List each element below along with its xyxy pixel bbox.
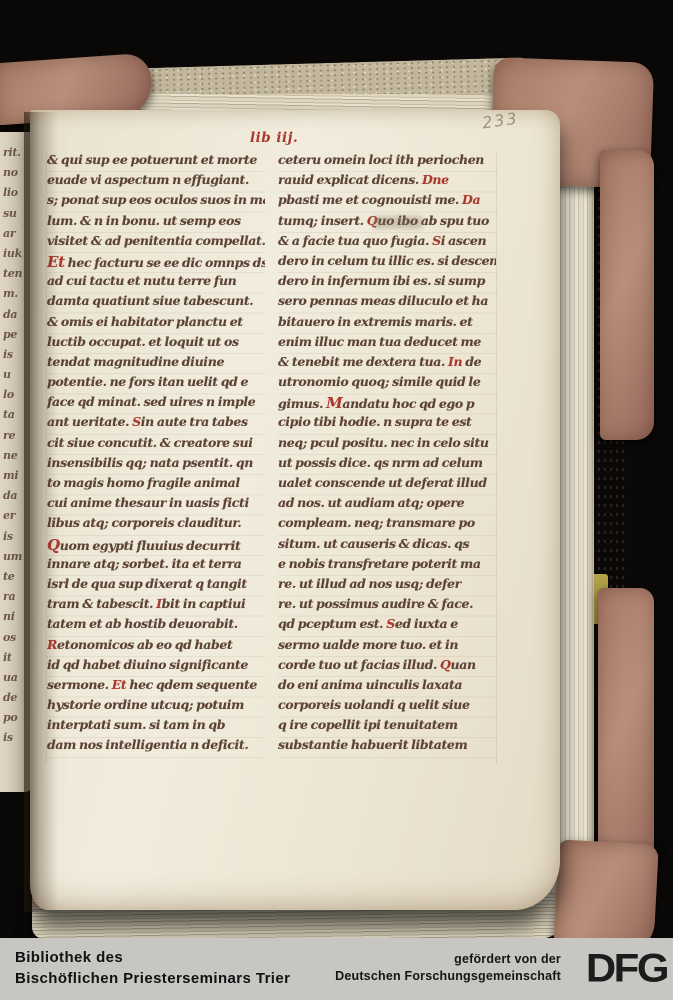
- manuscript-line: interptati sum. si tam in qb: [47, 717, 265, 737]
- manuscript-line: ualet conscende ut deferat illud: [278, 475, 496, 495]
- facing-page-text-fragment: ta: [0, 408, 34, 428]
- funding-credit-line2: Deutschen Forschungsgemeinschaft: [335, 968, 561, 985]
- manuscript-line: tram & tabescit. Ibit in captiui: [47, 596, 265, 616]
- manuscript-line: cit siue concutit. & creatore sui: [47, 435, 265, 455]
- manuscript-line: corde tuo ut facias illud. Quan: [278, 657, 496, 677]
- facing-page-text-fragment: te: [0, 570, 34, 590]
- manuscript-line: qd pceptum est. Sed iuxta e: [278, 616, 496, 636]
- facing-page-text-fragment: no: [0, 166, 34, 186]
- rubric-book-heading: lib iij.: [250, 130, 298, 146]
- facing-page-text-fragment: lio: [0, 186, 34, 206]
- manuscript-line: cui anime thesaur in uasis ficti: [47, 495, 265, 515]
- manuscript-line: Quom egypti fluuius decurrit: [47, 536, 265, 556]
- manuscript-line: pbasti me et cognouisti me. Da: [278, 192, 496, 212]
- manuscript-line: neq; pcul positu. nec in celo situ: [278, 435, 496, 455]
- manuscript-line: to magis homo fragile animal: [47, 475, 265, 495]
- manuscript-line: q ire copellit ipi tenuitatem: [278, 717, 496, 737]
- facing-page-text-fragment: mi: [0, 469, 34, 489]
- manuscript-line: rauid explicat dicens. Dne: [278, 172, 496, 192]
- facing-page-text-fragment: da: [0, 308, 34, 328]
- facing-page-text-fragment: ne: [0, 449, 34, 469]
- manuscript-line: sero pennas meas diluculo et ha: [278, 293, 496, 313]
- facing-page-text-fragment: it: [0, 651, 34, 671]
- manuscript-line: damta quatiunt siue tabescunt.: [47, 293, 265, 313]
- facing-page-text-fragment: su: [0, 207, 34, 227]
- manuscript-line: & a facie tua quo fugia. Si ascen: [278, 233, 496, 253]
- manuscript-line: innare atq; sorbet. ita et terra: [47, 556, 265, 576]
- manuscript-line: s; ponat sup eos oculos suos in ma: [47, 192, 265, 212]
- manuscript-line: dero in infernum ibi es. si sump: [278, 273, 496, 293]
- manuscript-line: sermone. Et hec qdem sequente: [47, 677, 265, 697]
- manuscript-line: ut possis dice. qs nrm ad celum: [278, 455, 496, 475]
- manuscript-line: utronomio quoq; simile quid le: [278, 374, 496, 394]
- manuscript-line: potentie. ne fors itan uelit qd e: [47, 374, 265, 394]
- manuscript-line: gimus. Mandatu hoc qd ego p: [278, 394, 496, 414]
- facing-page-text-fragment: er: [0, 509, 34, 529]
- facing-page-edge: rit.noliosuariuktenm.dapeisulotarenemida…: [0, 132, 34, 792]
- folio-number-pencil: 233: [481, 109, 520, 133]
- facing-page-text-fragment: u: [0, 368, 34, 388]
- manuscript-page: lib iij. 233 & qui sup ee potuerunt et m…: [30, 110, 560, 910]
- manuscript-line: re. ut illud ad nos usq; defer: [278, 576, 496, 596]
- manuscript-line: isrl de qua sup dixerat q tangit: [47, 576, 265, 596]
- manuscript-line: Et hec facturu se ee dic omnps ds.: [47, 253, 265, 273]
- manuscript-line: cipio tibi hodie. n supra te est: [278, 414, 496, 434]
- manuscript-line: compleam. neq; transmare po: [278, 515, 496, 535]
- facing-page-text-fragment: rit.: [0, 146, 34, 166]
- facing-page-text-fragment: is: [0, 348, 34, 368]
- manuscript-line: & tenebit me dextera tua. In de: [278, 354, 496, 374]
- facing-page-text-fragment: da: [0, 489, 34, 509]
- manuscript-line: Retonomicos ab eo qd habet: [47, 637, 265, 657]
- library-credit-line2: Bischöflichen Priesterseminars Trier: [15, 968, 290, 989]
- facing-page-text-fragment: de: [0, 691, 34, 711]
- manuscript-line: ad cui tactu et nutu terre fun: [47, 273, 265, 293]
- facing-page-text-fragment: ni: [0, 610, 34, 630]
- facing-page-text-fragment: um: [0, 550, 34, 570]
- text-column-left: & qui sup ee potuerunt et morteeuade vi …: [46, 152, 265, 764]
- manuscript-line: re. ut possimus audire & face.: [278, 596, 496, 616]
- footer-bar: Bibliothek des Bischöflichen Priestersem…: [0, 938, 673, 1000]
- manuscript-line: libus atq; corporeis clauditur.: [47, 515, 265, 535]
- manuscript-line: ant ueritate. Sin aute tra tabes: [47, 414, 265, 434]
- manuscript-line: e nobis transfretare poterit ma: [278, 556, 496, 576]
- manuscript-line: dam nos intelligentia n deficit.: [47, 737, 265, 757]
- facing-page-text-fragment: ten: [0, 267, 34, 287]
- binding-leather-right-upper: [600, 150, 654, 440]
- manuscript-line: enim illuc man tua deducet me: [278, 334, 496, 354]
- erased-word-smudge: [373, 216, 423, 229]
- text-column-right: ceteru omein loci ith periochenrauid exp…: [278, 152, 497, 764]
- manuscript-line: id qd habet diuino significante: [47, 657, 265, 677]
- manuscript-line: dero in celum tu illic es. si descen: [278, 253, 496, 273]
- facing-page-text-fragment: po: [0, 711, 34, 731]
- funding-credit: gefördert von der Deutschen Forschungsge…: [335, 951, 561, 984]
- manuscript-line: bitauero in extremis maris. et: [278, 314, 496, 334]
- facing-page-text-fragment: iuk: [0, 247, 34, 267]
- manuscript-line: corporeis uolandi q uelit siue: [278, 697, 496, 717]
- dfg-logo: DFG: [586, 944, 667, 992]
- library-credit: Bibliothek des Bischöflichen Priestersem…: [15, 947, 290, 989]
- manuscript-line: situm. ut causeris & dicas. qs: [278, 536, 496, 556]
- manuscript-line: face qd minat. sed uires n imple: [47, 394, 265, 414]
- manuscript-line: sermo ualde more tuo. et in: [278, 637, 496, 657]
- library-credit-line1: Bibliothek des: [15, 947, 290, 968]
- facing-page-text-fragment: m.: [0, 287, 34, 307]
- manuscript-line: lum. & n in bonu. ut semp eos: [47, 213, 265, 233]
- manuscript-line: & qui sup ee potuerunt et morte: [47, 152, 265, 172]
- manuscript-line: luctib occupat. et loquit ut os: [47, 334, 265, 354]
- manuscript-line: do eni anima uinculis laxata: [278, 677, 496, 697]
- manuscript-line: tatem et ab hostib deuorabit.: [47, 616, 265, 636]
- photo-black-background: rit.noliosuariuktenm.dapeisulotarenemida…: [0, 0, 673, 1000]
- facing-page-text-fragment: pe: [0, 328, 34, 348]
- manuscript-line: hystorie ordine utcuq; potuim: [47, 697, 265, 717]
- manuscript-line: tendat magnitudine diuine: [47, 354, 265, 374]
- manuscript-line: ceteru omein loci ith periochen: [278, 152, 496, 172]
- facing-page-text-fragment: lo: [0, 388, 34, 408]
- funding-credit-line1: gefördert von der: [335, 951, 561, 968]
- manuscript-line: & omis ei habitator planctu et: [47, 314, 265, 334]
- facing-page-text-fragment: is: [0, 530, 34, 550]
- manuscript-line: ad nos. ut audiam atq; opere: [278, 495, 496, 515]
- facing-page-text-fragment: ar: [0, 227, 34, 247]
- manuscript-line: insensibilis qq; nata psentit. qn: [47, 455, 265, 475]
- manuscript-line: visitet & ad penitentia compellat.: [47, 233, 265, 253]
- facing-page-text-fragment: ra: [0, 590, 34, 610]
- manuscript-line: substantie habuerit libtatem: [278, 737, 496, 757]
- facing-page-text-fragment: ua: [0, 671, 34, 691]
- manuscript-line: euade vi aspectum n effugiant.: [47, 172, 265, 192]
- facing-page-text-fragment: is: [0, 731, 34, 751]
- facing-page-fragments: rit.noliosuariuktenm.dapeisulotarenemida…: [0, 132, 34, 752]
- facing-page-text-fragment: re: [0, 429, 34, 449]
- facing-page-text-fragment: os: [0, 631, 34, 651]
